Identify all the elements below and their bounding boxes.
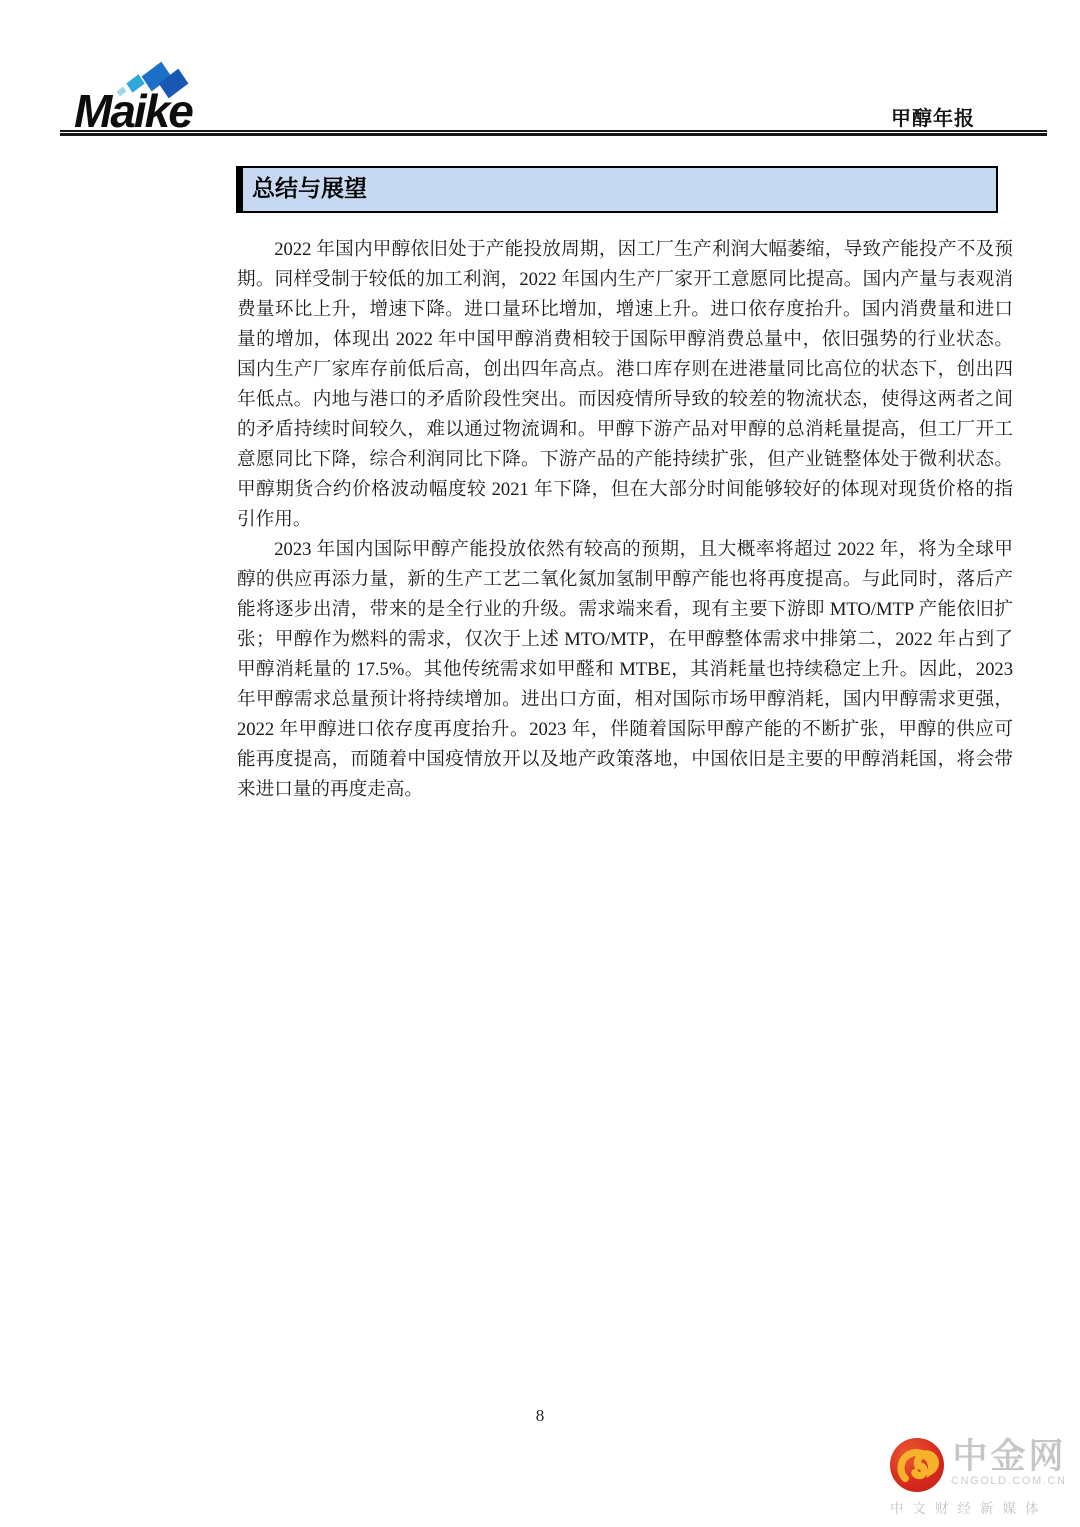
text-line: 的矛盾持续时间较久，难以通过物流调和。甲醇下游产品对甲醇的总消耗量提高，但工厂开…: [237, 415, 1013, 445]
cngold-watermark: 中金网 CNGOLD.COM.CN 中文财经新媒体: [890, 1438, 1068, 1517]
text-line: 2022 年甲醇进口依存度再度抬升。2023 年，伴随着国际甲醇产能的不断扩张，…: [237, 715, 1013, 745]
paragraph: 2023 年国内国际甲醇产能投放依然有较高的预期，且大概率将超过 2022 年，…: [237, 535, 1013, 805]
text-line: 甲醇期货合约价格波动幅度较 2021 年下降，但在大部分时间能够较好的体现对现货…: [237, 475, 1013, 505]
text-line: 能将逐步出清，带来的是全行业的升级。需求端来看，现有主要下游即 MTO/MTP …: [237, 595, 1013, 625]
cngold-swirl-icon: [890, 1438, 944, 1492]
text-line: 张；甲醇作为燃料的需求，仅次于上述 MTO/MTP，在甲醇整体需求中排第二，20…: [237, 625, 1013, 655]
report-title: 甲醇年报: [891, 102, 975, 131]
maike-logo: Maike: [74, 68, 224, 138]
text-line: 2023 年国内国际甲醇产能投放依然有较高的预期，且大概率将超过 2022 年，…: [237, 535, 1013, 565]
text-line: 醇的供应再添力量，新的生产工艺二氧化氮加氢制甲醇产能也将再度提高。与此同时，落后…: [237, 565, 1013, 595]
text-line: 能再度提高，而随着中国疫情放开以及地产政策落地，中国依旧是主要的甲醇消耗国，将会…: [237, 745, 1013, 775]
watermark-name: 中金网: [953, 1439, 1067, 1475]
text-line: 国内生产厂家库存前低后高，创出四年高点。港口库存则在进港量同比高位的状态下，创出…: [237, 355, 1013, 385]
paragraph: 2022 年国内甲醇依旧处于产能投放周期，因工厂生产利润大幅萎缩，导致产能投产不…: [237, 235, 1013, 535]
text-line: 费量环比上升，增速下降。进口量环比增加，增速上升。进口依存度抬升。国内消费量和进…: [237, 295, 1013, 325]
page-number: 8: [0, 1406, 1080, 1426]
text-line: 量的增加，体现出 2022 年中国甲醇消费相较于国际甲醇消费总量中，依旧强势的行…: [237, 325, 1013, 355]
body-text: 2022 年国内甲醇依旧处于产能投放周期，因工厂生产利润大幅萎缩，导致产能投产不…: [237, 235, 1013, 805]
text-line: 意愿同比下降，综合利润同比下降。下游产品的产能持续扩张，但产业链整体处于微利状态…: [237, 445, 1013, 475]
text-line: 甲醇消耗量的 17.5%。其他传统需求如甲醛和 MTBE，其消耗量也持续稳定上升…: [237, 655, 1013, 685]
text-line: 年甲醇需求总量预计将持续增加。进出口方面，相对国际市场甲醇消耗，国内甲醇需求更强…: [237, 685, 1013, 715]
text-line: 来进口量的再度走高。: [237, 775, 1013, 805]
text-line: 期。同样受制于较低的加工利润，2022 年国内生产厂家开工意愿同比提高。国内产量…: [237, 265, 1013, 295]
text-line: 年低点。内地与港口的矛盾阶段性突出。而因疫情所导致的较差的物流状态，使得这两者之…: [237, 385, 1013, 415]
report-page: Maike 甲醇年报 总结与展望 2022 年国内甲醇依旧处于产能投放周期，因工…: [0, 0, 1080, 1527]
text-line: 2022 年国内甲醇依旧处于产能投放周期，因工厂生产利润大幅萎缩，导致产能投产不…: [237, 235, 1013, 265]
header-rule: [60, 130, 1047, 136]
watermark-url: CNGOLD.COM.CN: [951, 1475, 1067, 1487]
section-heading: 总结与展望: [236, 166, 998, 213]
logo-text: Maike: [74, 88, 192, 134]
watermark-slogan: 中文财经新媒体: [890, 1497, 1068, 1517]
text-line: 引作用。: [237, 505, 1013, 535]
